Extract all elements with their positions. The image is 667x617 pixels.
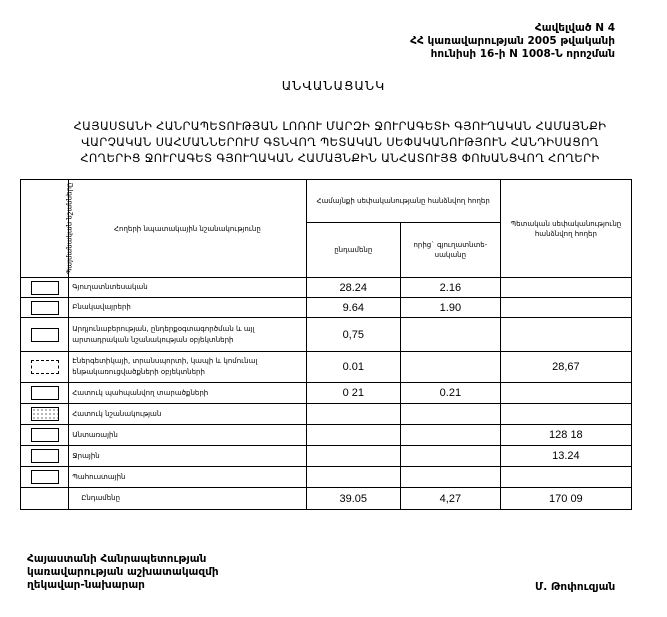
table-row: Արդյունաբերության, ընդերքօգտագործման և ա…	[21, 318, 632, 352]
value-total	[306, 404, 400, 425]
value-agri	[401, 467, 501, 488]
legend-swatch-icon	[31, 428, 59, 442]
signatory-line-2: կառավարության աշխատակազմի	[27, 566, 219, 579]
land-type-name: Հատուկ պահպանվող տարածքների	[69, 383, 306, 404]
value-agri	[401, 404, 501, 425]
land-type-name: Բնակավայրերի	[69, 298, 306, 318]
legend-cell	[21, 318, 69, 352]
totals-state: 170 09	[500, 488, 631, 510]
value-agri: 2.16	[401, 278, 501, 298]
totals-agri: 4,27	[401, 488, 501, 510]
header-total: ընդամենը	[306, 223, 400, 278]
value-state	[500, 467, 631, 488]
legend-cell	[21, 298, 69, 318]
value-state: 28,67	[500, 352, 631, 383]
value-state	[500, 383, 631, 404]
subtitle-line-1: ՀԱՅԱՍՏԱՆԻ ՀԱՆՐԱՊԵՏՈՒԹՅԱՆ ԼՈՌՈՒ ՄԱՐԶԻ ՋՈՒ…	[40, 118, 640, 134]
land-type-name: Արդյունաբերության, ընդերքօգտագործման և ա…	[69, 318, 306, 352]
totals-label: Ընդամենը	[69, 488, 306, 510]
legend-swatch-icon	[31, 281, 59, 295]
value-agri	[401, 352, 501, 383]
legend-swatch-icon	[31, 328, 59, 342]
legend-swatch-icon	[31, 449, 59, 463]
totals-row: Ընդամենը 39.05 4,27 170 09	[21, 488, 632, 510]
value-total: 0 21	[306, 383, 400, 404]
signatory-title: Հայաստանի Հանրապետության կառավարության ա…	[27, 553, 219, 592]
legend-cell	[21, 383, 69, 404]
legend-swatch-icon	[31, 470, 59, 484]
value-agri	[401, 318, 501, 352]
table-row: Անտառային128 18	[21, 425, 632, 446]
table-row: Գյուղատնտեսական28.242.16	[21, 278, 632, 298]
value-state: 13.24	[500, 446, 631, 467]
value-total	[306, 446, 400, 467]
header-state: Պետական սեփականությունը հանձնվող հողեր	[500, 180, 631, 278]
appendix-line-3: հունիսի 16-ի N 1008-Ն որոշման	[410, 48, 615, 61]
totals-total: 39.05	[306, 488, 400, 510]
appendix-line-1: Հավելված N 4	[410, 22, 615, 35]
header-of-which-agri: որից` գյուղատնտե-սականը	[401, 223, 501, 278]
legend-cell	[21, 467, 69, 488]
appendix-line-2: ՀՀ կառավարության 2005 թվականի	[410, 35, 615, 48]
table-row: Հատուկ պահպանվող տարածքների0 210.21	[21, 383, 632, 404]
value-state: 128 18	[500, 425, 631, 446]
legend-swatch-icon	[31, 386, 59, 400]
land-table: Պայմանական նշանները Հողերի նպատակային նշ…	[20, 179, 632, 510]
totals-legend-cell	[21, 488, 69, 510]
value-agri: 0.21	[401, 383, 501, 404]
value-total	[306, 467, 400, 488]
header-land-type: Հողերի նպատակային նշանակությունը	[69, 180, 306, 278]
appendix-reference: Հավելված N 4 ՀՀ կառավարության 2005 թվակա…	[410, 22, 615, 61]
legend-cell	[21, 404, 69, 425]
legend-cell	[21, 352, 69, 383]
signatory-line-1: Հայաստանի Հանրապետության	[27, 553, 219, 566]
land-type-name: Էներգետիկայի, տրանսպորտի, կապի և կոմունա…	[69, 352, 306, 383]
document-subtitle: ՀԱՅԱՍՏԱՆԻ ՀԱՆՐԱՊԵՏՈՒԹՅԱՆ ԼՈՌՈՒ ՄԱՐԶԻ ՋՈՒ…	[40, 118, 640, 166]
legend-swatch-icon	[31, 360, 59, 374]
value-agri: 1.90	[401, 298, 501, 318]
table-row: Էներգետիկայի, տրանսպորտի, կապի և կոմունա…	[21, 352, 632, 383]
table-row: Բնակավայրերի9.641.90	[21, 298, 632, 318]
header-community-group: Համայնքի սեփականությանը հանձնվող հողեր	[306, 180, 500, 223]
land-type-name: Անտառային	[69, 425, 306, 446]
legend-swatch-icon	[31, 301, 59, 315]
document-title: ԱՆՎԱՆԱՑԱՆԿ	[0, 78, 667, 93]
value-total: 28.24	[306, 278, 400, 298]
land-type-name: Ջրային	[69, 446, 306, 467]
value-agri	[401, 446, 501, 467]
value-state	[500, 404, 631, 425]
land-type-name: Գյուղատնտեսական	[69, 278, 306, 298]
legend-cell	[21, 278, 69, 298]
signatory-line-3: ղեկավար-նախարար	[27, 579, 219, 592]
value-total: 0,75	[306, 318, 400, 352]
land-type-name: Հատուկ նշանակության	[69, 404, 306, 425]
subtitle-line-3: ՀՈՂԵՐԻՑ ՋՈՒՐԱԳԵՏ ԳՅՈՒՂԱԿԱՆ ՀԱՄԱՅՆՔԻՆ ԱՆՀ…	[40, 150, 640, 166]
value-total: 0.01	[306, 352, 400, 383]
header-legend-text: Պայմանական նշանները	[65, 183, 74, 275]
value-agri	[401, 425, 501, 446]
value-state	[500, 318, 631, 352]
table-row: Ջրային13.24	[21, 446, 632, 467]
table-row: Պահուստային	[21, 467, 632, 488]
table-row: Հատուկ նշանակության	[21, 404, 632, 425]
signatory-name: Մ. Թոփուզյան	[535, 581, 615, 593]
value-state	[500, 298, 631, 318]
value-state	[500, 278, 631, 298]
value-total	[306, 425, 400, 446]
subtitle-line-2: ՎԱՐՉԱԿԱՆ ՍԱՀՄԱՆՆԵՐՈՒՄ ԳՏՆՎՈՂ ՊԵՏԱԿԱՆ ՍԵՓ…	[40, 134, 640, 150]
header-legend: Պայմանական նշանները	[21, 180, 69, 278]
value-total: 9.64	[306, 298, 400, 318]
legend-cell	[21, 425, 69, 446]
legend-cell	[21, 446, 69, 467]
legend-swatch-icon	[31, 407, 59, 421]
land-type-name: Պահուստային	[69, 467, 306, 488]
